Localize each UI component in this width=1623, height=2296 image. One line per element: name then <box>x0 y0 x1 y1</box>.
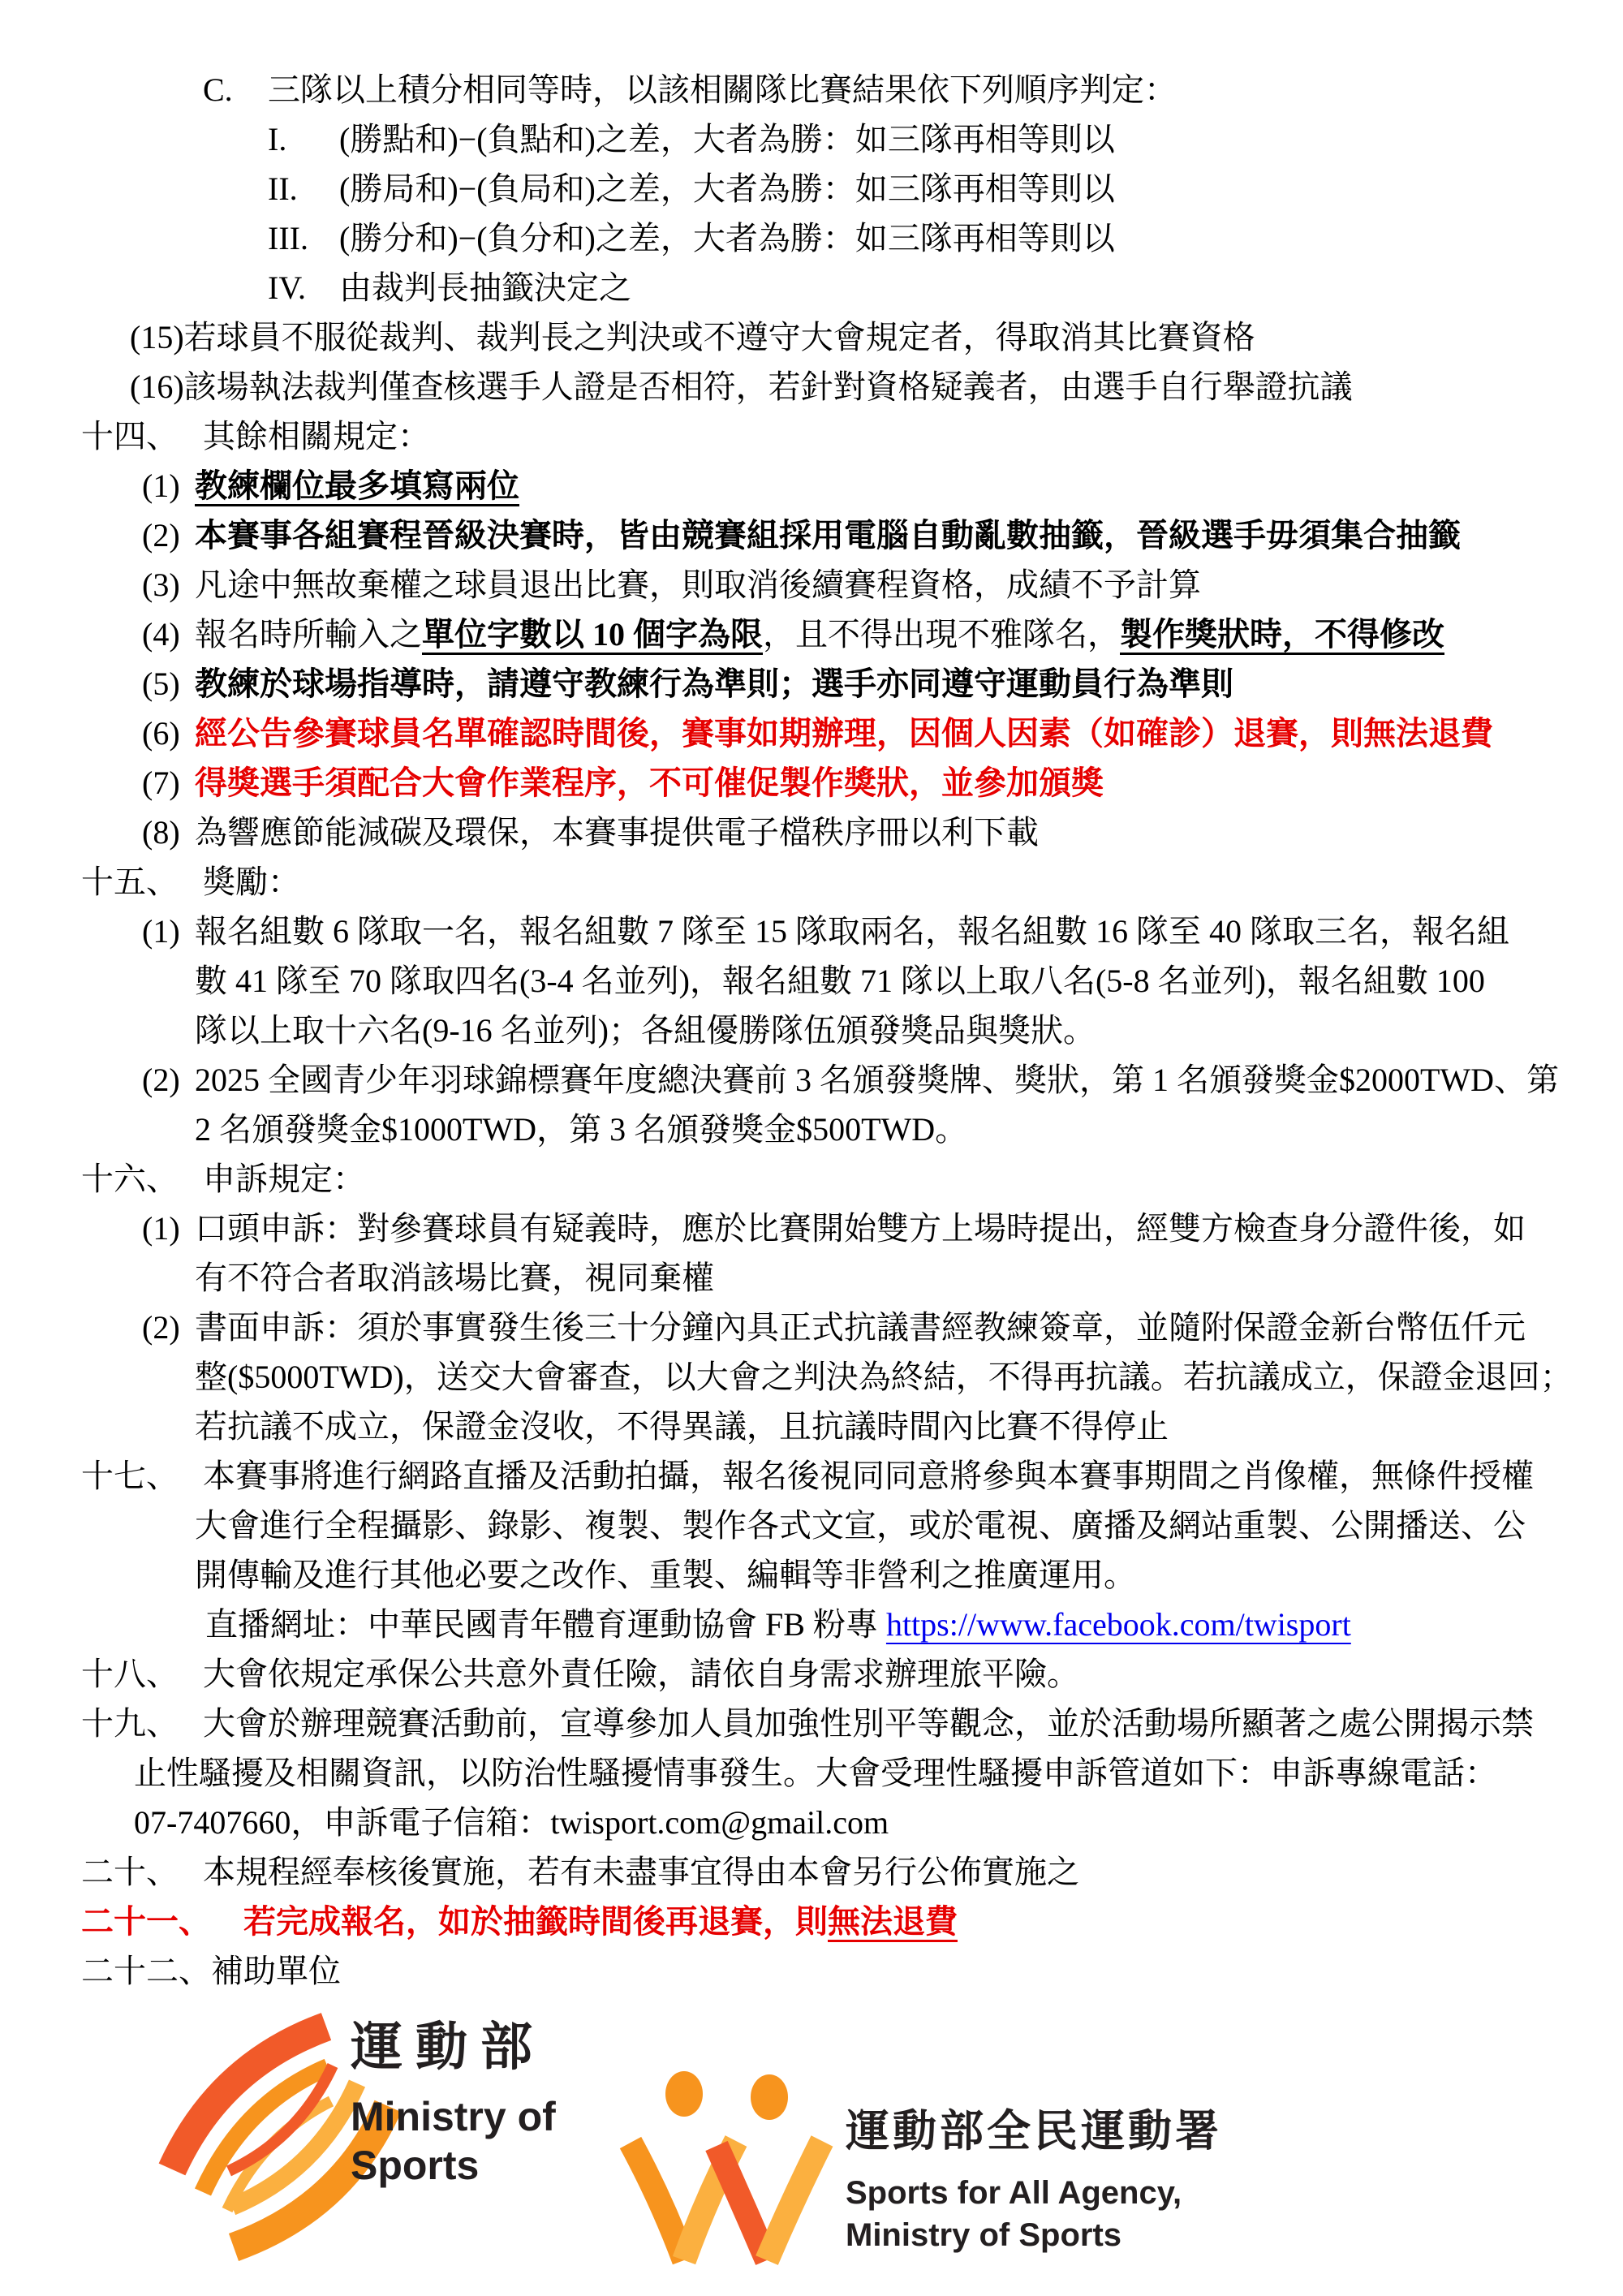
s15-item-2-line-1: (2)2025 全國青少年羽球錦標賽年度總決賽前 3 名頒發獎牌、獎狀，第 1 … <box>0 1055 1623 1105</box>
s16-item-2-text-2: 整($5000TWD)，送交大會審查，以大會之判決為終結，不得再抗議。若抗議成立… <box>195 1359 1573 1395</box>
section-19-line-2: 止性騷擾及相關資訊，以防治性騷擾情事發生。大會受理性騷擾申訴管道如下：申訴專線電… <box>0 1748 1623 1798</box>
rule-item-16: (16)該場執法裁判僅查核選手人證是否相符，若針對資格疑義者，由選手自行舉證抗議 <box>0 362 1623 411</box>
s14-item-3-text: 凡途中無故棄權之球員退出比賽，則取消後續賽程資格，成績不予計算 <box>195 566 1201 603</box>
section-18-line: 十八、大會依規定承保公共意外責任險，請依自身需求辦理旅平險。 <box>0 1649 1623 1699</box>
tiebreak-rule-iv-text: 由裁判長抽籤決定之 <box>339 269 631 306</box>
s16-item-2-text-1: 書面申訴：須於事實發生後三十分鐘內具正式抗議書經教練簽章，並隨附保證金新台幣伍仟… <box>195 1309 1526 1346</box>
s15-item-1-text-1: 報名組數 6 隊取一名，報名組數 7 隊至 15 隊取兩名，報名組數 16 隊至… <box>195 913 1509 950</box>
section-17-line-1: 十七、本賽事將進行網路直播及活動拍攝，報名後視同同意將參與本賽事期間之肖像權，無… <box>0 1451 1623 1501</box>
s14-item-1: (1)教練欄位最多填寫兩位 <box>0 461 1623 510</box>
section-18-number: 十八、 <box>81 1649 203 1699</box>
tiebreak-label: C. <box>203 65 268 114</box>
section-21-no-refund-text: 無法退費 <box>828 1903 958 1940</box>
document-page: C.三隊以上積分相同等時，以該相關隊比賽結果依下列順序判定： I.(勝點和)−(… <box>0 0 1623 2296</box>
roman-label-iii: III. <box>268 213 339 263</box>
section-18-text: 大會依規定承保公共意外責任險，請依自身需求辦理旅平險。 <box>203 1656 1079 1692</box>
s15-item-2-text-1: 2025 全國青少年羽球錦標賽年度總決賽前 3 名頒發獎牌、獎狀，第 1 名頒發… <box>195 1062 1559 1098</box>
s16-item-2-label: (2) <box>142 1303 195 1352</box>
section-14-title: 其餘相關規定： <box>203 418 430 454</box>
s14-item-2-label: (2) <box>142 510 195 560</box>
ministry-of-sports-en-name: Ministry of Sports <box>351 2092 556 2190</box>
section-17-text-1: 本賽事將進行網路直播及活動拍攝，報名後視同同意將參與本賽事期間之肖像權，無條件授… <box>203 1458 1534 1494</box>
section-22-line: 二十二、補助單位 <box>0 1946 1623 1996</box>
s16-item-2-line-3: 若抗議不成立，保證金沒收，不得異議，且抗議時間內比賽不得停止 <box>0 1402 1623 1451</box>
item-16-label: (16) <box>130 368 184 405</box>
livestream-prefix: 直播網址：中華民國青年體育運動協會 FB 粉專 <box>205 1606 886 1643</box>
tiebreak-rule-i: I.(勝點和)−(負點和)之差，大者為勝：如三隊再相等則以 <box>0 114 1623 164</box>
s15-item-1-text-2: 數 41 隊至 70 隊取四名(3-4 名並列)，報名組數 71 隊以上取八名(… <box>195 963 1485 999</box>
s15-item-1-line-3: 隊以上取十六名(9-16 名並列)；各組優勝隊伍頒發獎品與獎狀。 <box>0 1006 1623 1055</box>
section-21-text: 若完成報名，如於抽籤時間後再退賽，則 <box>243 1903 828 1940</box>
section-16-number: 十六、 <box>81 1154 203 1204</box>
sports-for-all-agency-en-line-1: Sports for All Agency, <box>846 2172 1182 2214</box>
s14-item-1-label: (1) <box>142 461 195 510</box>
section-19-line-1: 十九、大會於辦理競賽活動前，宣導參加人員加強性別平等觀念，並於活動場所顯著之處公… <box>0 1699 1623 1748</box>
roman-label-iv: IV. <box>268 263 339 312</box>
s16-item-2-text-3: 若抗議不成立，保證金沒收，不得異議，且抗議時間內比賽不得停止 <box>195 1408 1169 1445</box>
section-17-line-2: 大會進行全程攝影、錄影、複製、製作各式文宣，或於電視、廣播及網站重製、公開播送、… <box>0 1501 1623 1550</box>
rules-text-block: C.三隊以上積分相同等時，以該相關隊比賽結果依下列順序判定： I.(勝點和)−(… <box>0 65 1623 1996</box>
sports-for-all-agency-en-line-2: Ministry of Sports <box>846 2214 1182 2256</box>
s15-item-2-label: (2) <box>142 1055 195 1105</box>
s15-item-1-label: (1) <box>142 907 195 956</box>
s15-item-1-line-2: 數 41 隊至 70 隊取四名(3-4 名並列)，報名組數 71 隊以上取八名(… <box>0 956 1623 1006</box>
item-15-label: (15) <box>130 319 184 355</box>
s14-item-1-text: 教練欄位最多填寫兩位 <box>195 467 519 504</box>
s14-item-2-text: 本賽事各組賽程晉級決賽時，皆由競賽組採用電腦自動亂數抽籤，晉級選手毋須集合抽籤 <box>195 517 1461 554</box>
section-14-number: 十四、 <box>81 411 203 461</box>
section-22-number: 二十二、 <box>81 1953 211 1989</box>
ministry-of-sports-en-line-1: Ministry of <box>351 2092 556 2141</box>
section-17-text-2: 大會進行全程攝影、錄影、複製、製作各式文宣，或於電視、廣播及網站重製、公開播送、… <box>195 1507 1526 1544</box>
roman-label-ii: II. <box>268 164 339 213</box>
s14-item-2: (2)本賽事各組賽程晉級決賽時，皆由競賽組採用電腦自動亂數抽籤，晉級選手毋須集合… <box>0 510 1623 560</box>
s14-item-7: (7)得獎選手須配合大會作業程序，不可催促製作獎狀，並參加頒獎 <box>0 758 1623 808</box>
item-15-text: 若球員不服從裁判、裁判長之判決或不遵守大會規定者，得取消其比賽資格 <box>184 319 1255 355</box>
section-19-text-1: 大會於辦理競賽活動前，宣導參加人員加強性別平等觀念，並於活動場所顯著之處公開揭示… <box>203 1705 1534 1742</box>
s15-item-2-text-2: 2 名頒發獎金$1000TWD，第 3 名頒發獎金$500TWD。 <box>195 1111 967 1148</box>
s14-item-7-text: 得獎選手須配合大會作業程序，不可催促製作獎狀，並參加頒獎 <box>195 765 1104 801</box>
s14-item-6-label: (6) <box>142 709 195 758</box>
roman-label-i: I. <box>268 114 339 164</box>
tiebreak-rule-i-text: (勝點和)−(負點和)之差，大者為勝：如三隊再相等則以 <box>339 121 1115 157</box>
s14-item-3: (3)凡途中無故棄權之球員退出比賽，則取消後續賽程資格，成績不予計算 <box>0 560 1623 610</box>
section-14-heading: 十四、其餘相關規定： <box>0 411 1623 461</box>
s14-item-4: (4)報名時所輸入之單位字數以 10 個字為限，且不得出現不雅隊名，製作獎狀時，… <box>0 610 1623 659</box>
s14-item-8-label: (8) <box>142 808 195 857</box>
section-17-line-3: 開傳輸及進行其他必要之改作、重製、編輯等非營利之推廣運用。 <box>0 1550 1623 1600</box>
tiebreak-rule-iii: III.(勝分和)−(負分和)之差，大者為勝：如三隊再相等則以 <box>0 213 1623 263</box>
sports-for-all-agency-logo-icon <box>613 2061 840 2281</box>
section-20-number: 二十、 <box>81 1847 203 1897</box>
s14-item-6: (6)經公告參賽球員名單確認時間後，賽事如期辦理，因個人因素（如確診）退賽，則無… <box>0 709 1623 758</box>
tiebreak-rule-iv: IV.由裁判長抽籤決定之 <box>0 263 1623 312</box>
s14-item-5-text: 教練於球場指導時，請遵守教練行為準則；選手亦同遵守運動員行為準則 <box>195 666 1233 702</box>
section-17-number: 十七、 <box>81 1451 203 1501</box>
section-21-number: 二十一、 <box>81 1897 243 1946</box>
section-16-heading: 十六、申訴規定： <box>0 1154 1623 1204</box>
section-17-text-3: 開傳輸及進行其他必要之改作、重製、編輯等非營利之推廣運用。 <box>195 1557 1136 1593</box>
tiebreak-rule-iii-text: (勝分和)−(負分和)之差，大者為勝：如三隊再相等則以 <box>339 220 1115 256</box>
item-16-text: 該場執法裁判僅查核選手人證是否相符，若針對資格疑義者，由選手自行舉證抗議 <box>184 368 1353 405</box>
s16-item-1-text-1: 口頭申訴：對參賽球員有疑義時，應於比賽開始雙方上場時提出，經雙方檢查身分證件後，… <box>195 1210 1526 1247</box>
s14-item-8-text: 為響應節能減碳及環保，本賽事提供電子檔秩序冊以利下載 <box>195 814 1039 851</box>
s14-item-7-label: (7) <box>142 758 195 808</box>
sports-for-all-agency-cjk-name: 運動部全民運動署 <box>846 2107 1222 2156</box>
s16-item-2-line-1: (2)書面申訴：須於事實發生後三十分鐘內具正式抗議書經教練簽章，並隨附保證金新台… <box>0 1303 1623 1352</box>
s16-item-1-line-2: 有不符合者取消該場比賽，視同棄權 <box>0 1253 1623 1303</box>
s15-item-1-line-1: (1)報名組數 6 隊取一名，報名組數 7 隊至 15 隊取兩名，報名組數 16… <box>0 907 1623 956</box>
s16-item-2-line-2: 整($5000TWD)，送交大會審查，以大會之判決為終結，不得再抗議。若抗議成立… <box>0 1352 1623 1402</box>
section-15-heading: 十五、獎勵： <box>0 857 1623 907</box>
s14-item-4-seg4: 製作獎狀時，不得修改 <box>1120 616 1444 653</box>
tiebreak-rule-ii: II.(勝局和)−(負局和)之差，大者為勝：如三隊再相等則以 <box>0 164 1623 213</box>
s16-item-1-text-2: 有不符合者取消該場比賽，視同棄權 <box>195 1260 714 1296</box>
s14-item-6-text: 經公告參賽球員名單確認時間後，賽事如期辦理，因個人因素（如確診）退賽，則無法退費 <box>195 715 1493 752</box>
s15-item-2-line-2: 2 名頒發獎金$1000TWD，第 3 名頒發獎金$500TWD。 <box>0 1105 1623 1154</box>
s14-item-5-label: (5) <box>142 659 195 709</box>
s14-item-4-label: (4) <box>142 610 195 659</box>
s15-item-1-text-3: 隊以上取十六名(9-16 名並列)；各組優勝隊伍頒發獎品與獎狀。 <box>195 1012 1096 1049</box>
facebook-livestream-link[interactable]: https://www.facebook.com/twisport <box>886 1606 1351 1643</box>
s14-item-4-seg3: ，且不得出現不雅隊名， <box>763 616 1120 653</box>
s14-item-5: (5)教練於球場指導時，請遵守教練行為準則；選手亦同遵守運動員行為準則 <box>0 659 1623 709</box>
s16-item-1-label: (1) <box>142 1204 195 1253</box>
section-19-text-2: 止性騷擾及相關資訊，以防治性騷擾情事發生。大會受理性騷擾申訴管道如下：申訴專線電… <box>134 1755 1497 1791</box>
ministry-of-sports-cjk-name: 運動部 <box>351 2022 545 2072</box>
rule-item-15: (15)若球員不服從裁判、裁判長之判決或不遵守大會規定者，得取消其比賽資格 <box>0 312 1623 362</box>
section-19-line-3: 07-7407660，申訴電子信箱：twisport.com@gmail.com <box>0 1798 1623 1847</box>
section-15-title: 獎勵： <box>203 864 300 900</box>
sports-for-all-agency-en-name: Sports for All Agency, Ministry of Sport… <box>846 2172 1182 2256</box>
section-22-text: 補助單位 <box>211 1953 341 1989</box>
section-20-line: 二十、本規程經奉核後實施，若有未盡事宜得由本會另行公佈實施之 <box>0 1847 1623 1897</box>
s14-item-3-label: (3) <box>142 560 195 610</box>
section-20-text: 本規程經奉核後實施，若有未盡事宜得由本會另行公佈實施之 <box>203 1854 1079 1890</box>
s14-item-8: (8)為響應節能減碳及環保，本賽事提供電子檔秩序冊以利下載 <box>0 808 1623 857</box>
tiebreak-intro-text: 三隊以上積分相同等時，以該相關隊比賽結果依下列順序判定： <box>268 71 1177 108</box>
ministry-of-sports-en-line-2: Sports <box>351 2141 556 2190</box>
livestream-line: 直播網址：中華民國青年體育運動協會 FB 粉專 https://www.face… <box>0 1600 1623 1649</box>
s14-item-4-seg2: 單位字數以 10 個字為限 <box>422 616 763 653</box>
s14-item-4-seg1: 報名時所輸入之 <box>195 616 422 653</box>
tiebreak-intro-line: C.三隊以上積分相同等時，以該相關隊比賽結果依下列順序判定： <box>0 65 1623 114</box>
section-19-number: 十九、 <box>81 1699 203 1748</box>
section-15-number: 十五、 <box>81 857 203 907</box>
s16-item-1-line-1: (1)口頭申訴：對參賽球員有疑義時，應於比賽開始雙方上場時提出，經雙方檢查身分證… <box>0 1204 1623 1253</box>
section-19-text-3: 07-7407660，申訴電子信箱：twisport.com@gmail.com <box>134 1804 889 1841</box>
section-16-title: 申訴規定： <box>203 1161 365 1197</box>
section-21-line: 二十一、若完成報名，如於抽籤時間後再退賽，則無法退費 <box>0 1897 1623 1946</box>
tiebreak-rule-ii-text: (勝局和)−(負局和)之差，大者為勝：如三隊再相等則以 <box>339 170 1115 207</box>
